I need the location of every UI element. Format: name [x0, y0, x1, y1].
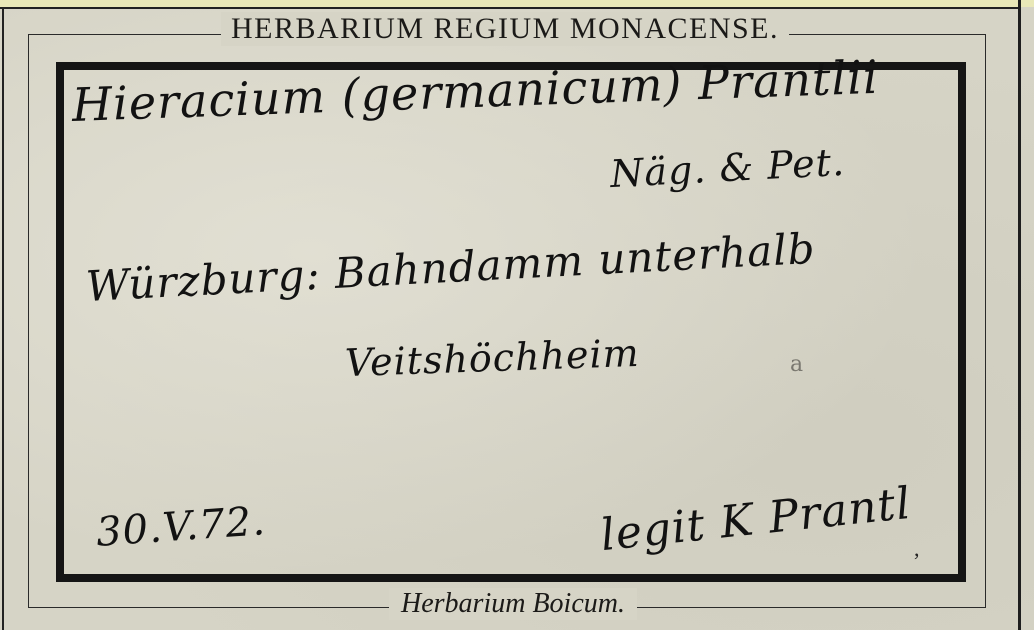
label-footer: Herbarium Boicum. — [0, 588, 1034, 620]
footer-text: Herbarium Boicum. — [389, 588, 637, 620]
outer-border-top — [0, 7, 1020, 9]
signature-mark: , — [914, 536, 920, 562]
pencil-annotation: a — [790, 352, 804, 377]
outer-border-left — [2, 7, 4, 630]
background-strip — [0, 0, 1034, 7]
outer-border-right — [1018, 0, 1021, 630]
